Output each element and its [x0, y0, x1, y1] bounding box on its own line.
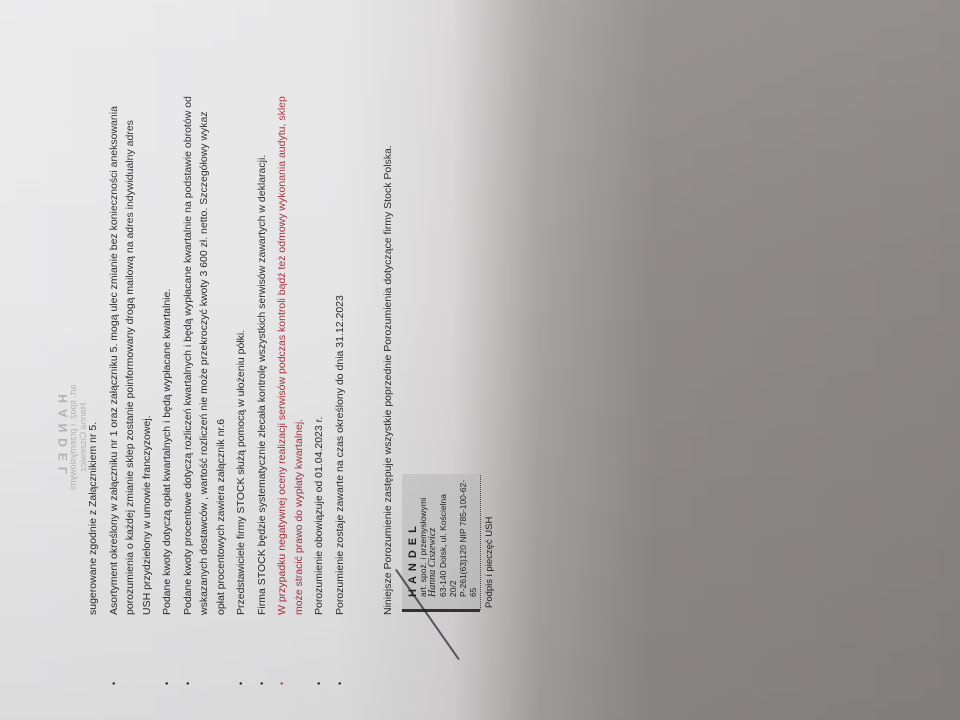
photo-shadow-overlay [0, 0, 960, 720]
